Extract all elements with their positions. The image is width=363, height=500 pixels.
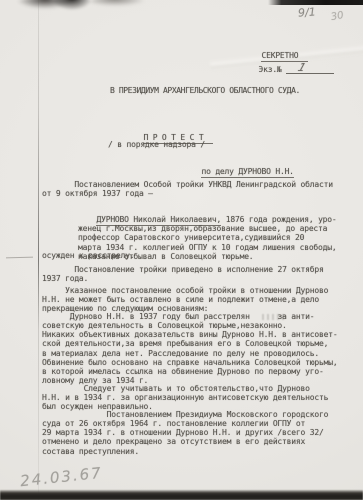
scan-edge-bar-bottom <box>0 490 363 500</box>
paragraph-sentence: осужден к расстрелу. <box>42 251 134 260</box>
scan-smudge-top-left-dark <box>52 0 92 10</box>
paragraph-1934-case: Следует учитывать и то обстоятельство,чт… <box>42 384 358 411</box>
paragraph-defendant: ДУРНОВО Николай Николаевич, 1876 года ро… <box>78 206 360 270</box>
handwritten-corner-note: 9/1 <box>298 5 317 19</box>
title-subtitle: / в порядке надзора / <box>108 140 205 149</box>
handwritten-copy-number: 1 <box>295 63 307 73</box>
pencil-dash-mark <box>6 257 33 259</box>
case-line-text: по делу ДУРНОВО Н.Н. <box>201 167 293 178</box>
paper-fold-line <box>38 0 39 500</box>
paragraph-resolution: Постановлением Особой тройки УНКВД Ленин… <box>42 180 358 198</box>
copy-number-line: Экз.№1 <box>240 54 334 83</box>
copy-label: Экз.№ <box>258 65 281 74</box>
scanned-document-page: 9/1 30 СЕКРЕТНО Экз.№1 В ПРЕЗИДИУМ АРХАН… <box>0 0 363 500</box>
scan-smudge-top-center <box>90 0 145 6</box>
paragraph-grounds-main: Дурново Н.Н. в 1937 году был расстрелян … <box>42 312 358 385</box>
paragraph-execution: Постановление тройки приведено в исполне… <box>42 265 358 283</box>
paragraph-grounds-intro: Указанное постановление особой тройки в … <box>42 286 358 313</box>
paragraph-moscow-court: Постановлением Президиума Московского го… <box>42 410 358 456</box>
handwritten-corner-note-2: 30 <box>330 10 344 23</box>
scan-smudge-top-left <box>16 0 74 9</box>
addressee-line: В ПРЕЗИДИУМ АРХАНГЕЛЬСКОГО ОБЛАСТНОГО СУ… <box>110 86 300 95</box>
copy-number-blank: 1 <box>286 63 334 74</box>
handwritten-date-note: 24.03.67 <box>19 464 103 491</box>
scan-edge-bar-top-right <box>268 0 363 5</box>
